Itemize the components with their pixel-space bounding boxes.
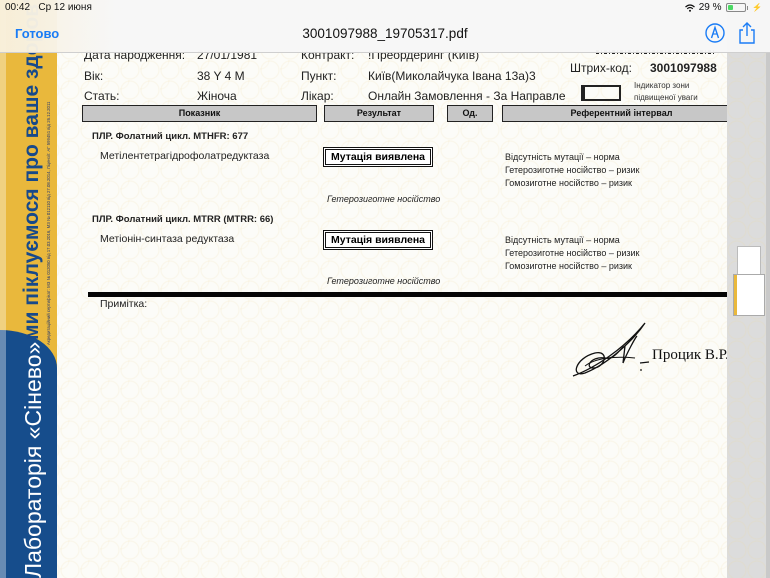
- signature-image: [565, 318, 655, 388]
- age-value: 38 Y 4 M: [197, 69, 245, 83]
- point-value: Київ(Миколайчука Івана 13а)3: [368, 69, 536, 83]
- point-label: Пункт:: [301, 69, 336, 83]
- wifi-icon: [685, 4, 695, 12]
- doctor-label: Лікар:: [301, 89, 334, 103]
- pdf-viewer[interactable]: ми піклуємося про ваше здоров'я Акредита…: [0, 0, 770, 578]
- comment-mthfr: Гетерозиготне носійство: [327, 194, 440, 204]
- reference-mthfr-1: Відсутність мутації – норма: [505, 152, 620, 162]
- result-mtrr: Мутація виявлена: [323, 230, 433, 250]
- reference-mtrr-1: Відсутність мутації – норма: [505, 235, 620, 245]
- thumbnail-page-2[interactable]: [733, 274, 765, 316]
- charging-bolt-icon: ⚡: [752, 3, 762, 12]
- doctor-value: Онлайн Замовлення - За Направленн: [368, 89, 566, 103]
- header-indicator: Показник: [82, 105, 317, 122]
- header-result: Результат: [324, 105, 434, 122]
- comment-mtrr: Гетерозиготне носійство: [327, 276, 440, 286]
- reference-mthfr-2: Гетерозиготне носійство – ризик: [505, 165, 640, 175]
- side-brand-strip: ми піклуємося про ваше здоров'я Акредита…: [0, 0, 57, 578]
- status-time: 00:42 Ср 12 июня: [5, 2, 92, 13]
- header-reference: Референтний інтервал: [502, 105, 741, 122]
- sex-value: Жіноча: [197, 89, 237, 103]
- battery-level: [728, 5, 733, 10]
- signature-name: Процик В.Р.: [652, 347, 729, 364]
- note-label: Примітка:: [100, 298, 147, 310]
- certification-text: Акредитаційний сертифікат: МЗ № 012050 в…: [46, 102, 51, 345]
- attention-indicator-box: [581, 85, 621, 101]
- scroll-edge: [766, 0, 770, 578]
- document-title: 3001097988_19705317.pdf: [0, 26, 770, 41]
- age-label: Вік:: [84, 69, 103, 83]
- barcode-label: Штрих-код:: [570, 61, 632, 75]
- strip-edge: [0, 0, 6, 578]
- section-divider: [88, 292, 728, 297]
- indicator-label-1: Індикатор зони: [634, 80, 689, 92]
- section-title-mthfr: ПЛР. Фолатний цикл. MTHFR: 677: [92, 131, 248, 142]
- navigation-bar: 00:42 Ср 12 июня 29 % ⚡ 3001097988_19705…: [0, 0, 770, 53]
- date: Ср 12 июня: [38, 2, 92, 13]
- thumbnail-strip: [734, 275, 737, 315]
- time: 00:42: [5, 2, 30, 13]
- header-units: Од.: [447, 105, 493, 122]
- battery-icon: [726, 3, 746, 12]
- share-icon[interactable]: [738, 22, 756, 44]
- battery-cap: [747, 6, 749, 10]
- markup-pen-icon[interactable]: [705, 23, 725, 43]
- indicator-mtrr: Метіонін-синтаза редуктаза: [100, 233, 234, 245]
- reference-mtrr-2: Гетерозиготне носійство – ризик: [505, 248, 640, 258]
- pdf-page: ми піклуємося про ваше здоров'я Акредита…: [0, 0, 727, 578]
- result-mthfr: Мутація виявлена: [323, 147, 433, 167]
- indicator-mthfr: Метілентетрагідрофолатредуктаза: [100, 150, 269, 162]
- indicator-label-2: підвищеної уваги: [634, 92, 698, 104]
- barcode-value: 3001097988: [650, 61, 717, 75]
- battery-percent: 29 %: [699, 2, 722, 13]
- reference-mthfr-3: Гомозиготне носійство – ризик: [505, 178, 632, 188]
- brand-name: Лабораторія «Сінево»: [20, 342, 47, 578]
- done-button[interactable]: Готово: [15, 26, 59, 41]
- section-title-mtrr: ПЛР. Фолатний цикл. MTRR (MTRR: 66): [92, 214, 273, 225]
- status-indicators: 29 % ⚡: [685, 2, 762, 13]
- reference-mtrr-3: Гомозиготне носійство – ризик: [505, 261, 632, 271]
- sex-label: Стать:: [84, 89, 120, 103]
